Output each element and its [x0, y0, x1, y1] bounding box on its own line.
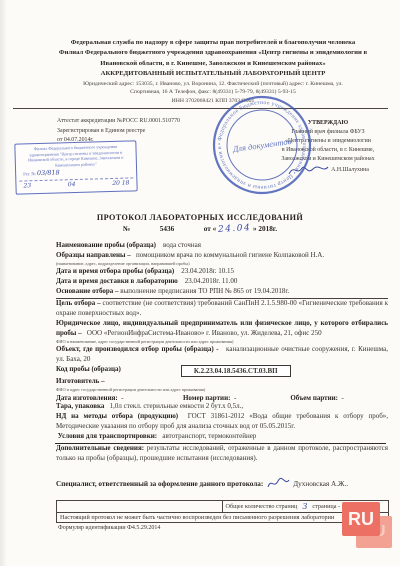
field-transport: Условия для транспортировки: автотранспо… — [56, 432, 388, 442]
batch-no-label: Номер партии: — [183, 394, 231, 402]
field-sent-by: Образцы направлены – помощником врача по… — [56, 251, 388, 261]
field-entity: Юридическое лицо, индивидуальный предпри… — [56, 319, 388, 339]
agency-line: Федеральная служба по надзору в сфере за… — [40, 38, 386, 48]
container-value: 1,0л стекл. стерильные емкости 2 бут.х 0… — [110, 402, 243, 410]
accreditation-registry: Зарегистрирован в Едином реестре — [57, 127, 180, 136]
manufacturer-label: Изготовитель – — [56, 377, 105, 385]
batch-vol-value: - — [342, 394, 344, 402]
batch-no: Номер партии: - — [183, 394, 290, 402]
field-delivery-datetime: Дата и время доставки в лабораторию 23.0… — [56, 277, 388, 287]
footer-empty-cell — [57, 501, 223, 512]
approval-zone: Аттестат аккредитации №РОСС RU.0001.5107… — [0, 109, 400, 183]
footer-table: Общее количество страниц 3 страница - 1 … — [56, 500, 389, 523]
mfg-date: Дата изготовления: - — [56, 394, 183, 402]
lab-center-line: АККРЕДИТОВАННЫЙ ИСПЫТАТЕЛЬНЫЙ ЛАБОРАТОРН… — [40, 69, 386, 79]
manufacturer-footnote: ФИО и адрес государственной регистрации … — [56, 387, 388, 392]
field-additional: Дополнительные сведения: результаты иссл… — [56, 444, 388, 464]
specialist-row: Специалист, ответственный за оформление … — [56, 477, 388, 490]
page-number-label: страница - 1 — [312, 503, 344, 510]
field-basis: Основание отбора – выполнение предписани… — [56, 287, 388, 299]
reg-date-day-handwritten: 23 — [23, 182, 31, 190]
title-block: ПРОТОКОЛ ЛАБОРАТОРНЫХ ИССЛЕДОВАНИЙ № 543… — [0, 213, 400, 234]
transport-value: автотранспорт, термоконтейнер — [162, 432, 256, 440]
container-label: Тара, упаковка — [56, 402, 104, 410]
protocol-title: ПРОТОКОЛ ЛАБОРАТОРНЫХ ИССЛЕДОВАНИЙ — [0, 213, 400, 222]
sampling-datetime-value: 23.04.2018г. 10.15 — [181, 267, 234, 275]
approve-signer-name: А.Н.Шалухина — [331, 166, 369, 175]
reg-date-month-handwritten: 04 — [68, 181, 76, 189]
specialist-name: Духновская А.Ж.. — [293, 480, 348, 488]
legal-address: Юридический адрес: 153035, г. Иваново, у… — [40, 80, 386, 89]
sample-name-value: вода сточная — [163, 241, 201, 249]
basis-value: выполнение предписания ТО РПН № 865 от 1… — [120, 287, 289, 295]
transport-label: Условия для транспортировки: — [58, 432, 157, 440]
sample-code-label: Код пробы (образца) — [56, 365, 121, 373]
form-identification: Формуляр идентификации Ф4.5.29.2014 — [58, 525, 388, 531]
batch-vol-label: Объем партии: — [290, 394, 338, 402]
approve-line-2: Главный врач филиала ФБУЗ — [262, 128, 394, 137]
pages-count-handwritten: 3 — [302, 502, 307, 511]
purpose-value: соответствие (не соответствия) требовани… — [56, 299, 388, 317]
reg-number-label: Рег. № — [23, 171, 36, 176]
accreditation-certificate: Аттестат аккредитации №РОСС RU.0001.5107… — [57, 117, 180, 126]
entity-value: ООО «РегионИнфраСистема-Иваново» г. Иван… — [87, 329, 322, 337]
batch-info-row: Дата изготовления: - Номер партии: - Объ… — [56, 394, 388, 402]
sent-by-value: помощником врача по коммунальной гигиене… — [136, 251, 324, 259]
specialist-label: Специалист, ответственный за оформление … — [56, 480, 263, 488]
field-container: Тара, упаковка 1,0л стекл. стерильные ем… — [56, 402, 388, 412]
mfg-date-label: Дата изготовления: — [56, 394, 118, 402]
field-manufacturer: Изготовитель – — [56, 377, 388, 387]
delivery-datetime-value: 23.04.2018г. 11.00 — [185, 277, 238, 285]
field-purpose: Цель отбора – соответствие (не соответст… — [56, 299, 388, 319]
sample-code-value: К.2.23.04.18.5436.СТ.03.ВП — [181, 365, 291, 377]
protocol-number-line: № 5436 от « 24.04 » 2018г. — [0, 224, 400, 234]
chief-doctor-signature-icon — [287, 163, 329, 177]
approve-line-5: Заволжском и Кинешемском районах — [262, 155, 394, 164]
sent-by-label: Образцы направлены – — [56, 251, 131, 259]
protocol-body: Наименование пробы (образца) вода сточна… — [0, 241, 400, 531]
approve-line-4: в Ивановской области, в г. Кинешме, — [262, 146, 394, 155]
footer-pages-row: Общее количество страниц 3 страница - 1 — [57, 501, 388, 513]
sampling-datetime-label: Дата и время отбора пробы (образца) — [56, 267, 174, 275]
branch-line-2: Ивановской области, в г. Кинешме, Заволж… — [40, 59, 386, 69]
scanned-protocol-page: Федеральная служба по надзору в сфере за… — [0, 0, 400, 566]
approve-heading: УТВЕРЖДАЮ — [262, 119, 394, 128]
object-label: Объект, где производился отбор пробы (об… — [56, 345, 219, 353]
footer-note-row: Настоящий протокол не может быть частичн… — [57, 513, 388, 522]
inn-kpp: ИНН 3702068421 КПП 370343001 — [40, 97, 386, 106]
field-sampling-datetime: Дата и время отбора пробы (образца) 23.0… — [56, 267, 388, 277]
approve-line-3: «Центр гигиены и эпидемиологии — [262, 137, 394, 146]
reg-date-year-handwritten: 20 18 — [112, 179, 129, 188]
ru-watermark-front-square: RU — [342, 502, 380, 536]
sample-name-label: Наименование пробы (образца) — [56, 241, 156, 249]
registration-stamp: Филиал Федерального бюджетного учреждени… — [14, 140, 137, 194]
purpose-label: Цель отбора – — [56, 299, 101, 307]
sent-by-footnote: (наименование, адрес, подразделение орга… — [56, 261, 388, 266]
additional-label: Дополнительные сведения: — [56, 444, 144, 452]
date-suffix: » 2018г. — [253, 225, 277, 233]
pages-count-label: Общее количество страниц — [226, 503, 298, 510]
field-nd-methods: НД на методы отбора (продукцию) ГОСТ 318… — [56, 412, 388, 432]
field-sample-code: Код пробы (образца) К.2.23.04.18.5436.СТ… — [0, 365, 400, 377]
mfg-date-value: - — [121, 394, 123, 402]
protocol-number: 5436 — [160, 225, 174, 233]
postal-address-phone: Спортивная, 16 А Телефон, факс: 8(49331)… — [40, 88, 386, 97]
ru-watermark-front-text: RU — [348, 509, 374, 530]
field-object: Объект, где производился отбор пробы (об… — [56, 345, 388, 365]
batch-vol: Объем партии: - — [290, 394, 388, 402]
branch-line-1: Филиал Федерального бюджетного учреждени… — [40, 48, 386, 58]
protocol-date-handwritten: 24.04 — [218, 223, 252, 235]
field-sample-name: Наименование пробы (образца) вода сточна… — [56, 241, 388, 251]
nd-methods-label: НД на методы отбора (продукцию) — [56, 412, 178, 420]
approval-block: УТВЕРЖДАЮ Главный врач филиала ФБУЗ «Цен… — [262, 119, 394, 177]
batch-no-value: - — [234, 394, 236, 402]
entity-footnote: ФИО и наименование, адрес государственно… — [56, 339, 388, 344]
basis-label: Основание отбора – — [56, 287, 119, 295]
ru-watermark: RU RU — [342, 502, 392, 548]
number-sign: № — [123, 225, 130, 233]
letterhead: Федеральная служба по надзору в сфере за… — [40, 0, 386, 105]
specialist-signature-icon — [266, 477, 290, 490]
date-prefix: от « — [204, 225, 216, 233]
delivery-datetime-label: Дата и время доставки в лабораторию — [56, 277, 178, 285]
reg-number-handwritten: 03/818 — [37, 169, 60, 178]
